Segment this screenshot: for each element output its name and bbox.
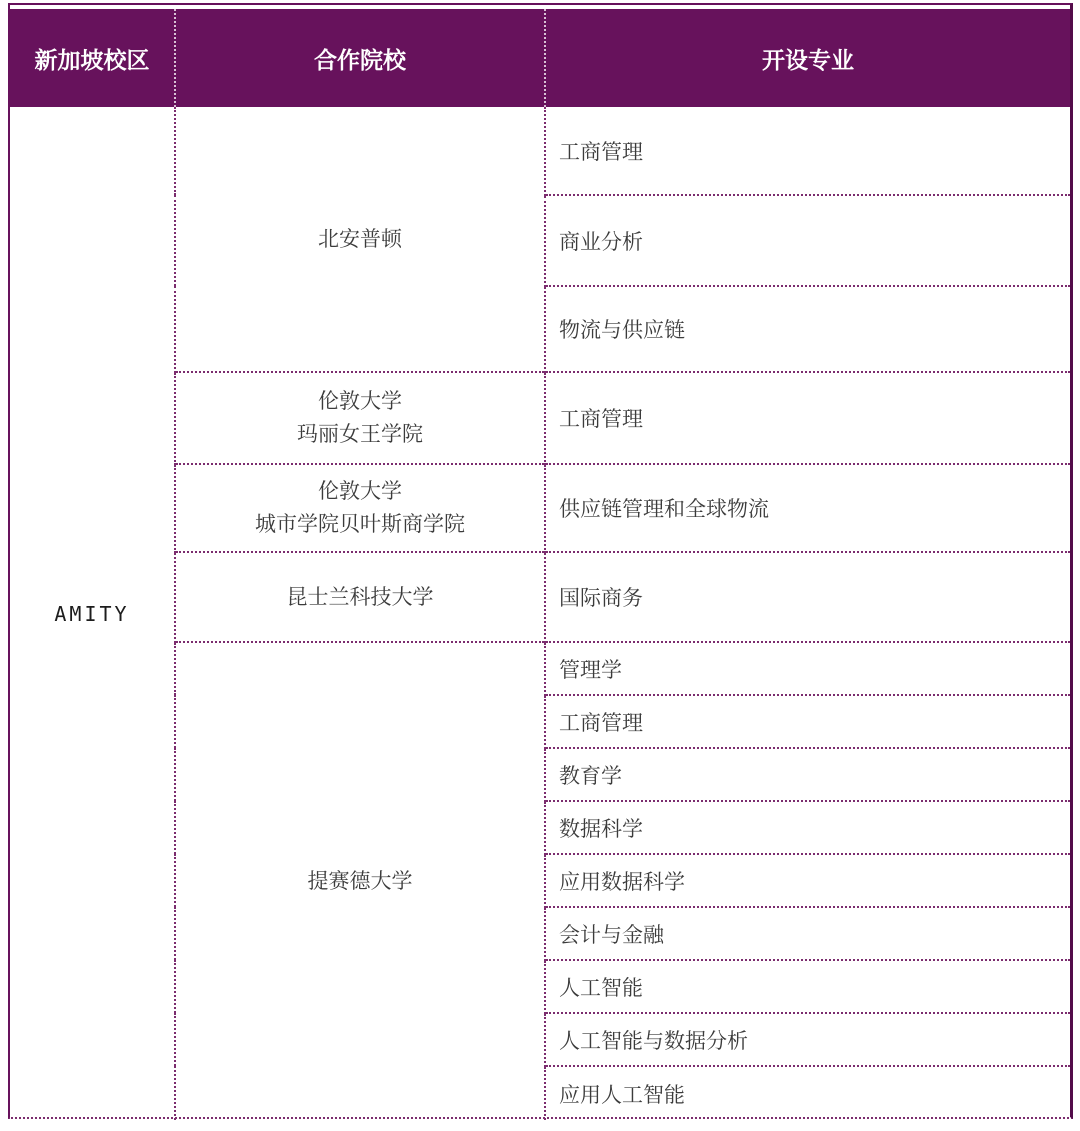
header-cell-institution: 合作院校 — [175, 9, 545, 107]
program-cell: 物流与供应链 — [545, 286, 1070, 372]
program-cell: 数据科学 — [545, 801, 1070, 854]
institution-name: 提赛德大学 — [176, 865, 544, 898]
institution-cell: 伦敦大学 玛丽女王学院 — [175, 372, 545, 464]
header-cell-campus: 新加坡校区 — [10, 9, 175, 107]
header-cell-program: 开设专业 — [545, 9, 1070, 107]
institution-name: 北安普顿 — [176, 223, 544, 256]
program-cell: 教育学 — [545, 748, 1070, 801]
institution-name: 伦敦大学 — [176, 385, 544, 418]
program-cell: 应用人工智能 — [545, 1066, 1070, 1120]
header-row: 新加坡校区 合作院校 开设专业 — [10, 9, 1070, 107]
campus-programs-table: 新加坡校区 合作院校 开设专业 AMITY 北安普顿 工商管理 商业分析 物流与… — [10, 9, 1070, 1120]
program-cell: 供应链管理和全球物流 — [545, 464, 1070, 552]
program-cell: 工商管理 — [545, 107, 1070, 195]
institution-cell: 昆士兰科技大学 — [175, 552, 545, 642]
institution-name-line2: 城市学院贝叶斯商学院 — [176, 508, 544, 541]
institution-cell: 伦敦大学 城市学院贝叶斯商学院 — [175, 464, 545, 552]
program-cell: 会计与金融 — [545, 907, 1070, 960]
table-row: AMITY 北安普顿 工商管理 — [10, 107, 1070, 195]
program-cell: 应用数据科学 — [545, 854, 1070, 907]
institution-name-line2: 玛丽女王学院 — [176, 418, 544, 451]
institution-name: 伦敦大学 — [176, 475, 544, 508]
institution-name: 昆士兰科技大学 — [176, 581, 544, 614]
program-cell: 国际商务 — [545, 552, 1070, 642]
program-cell: 工商管理 — [545, 372, 1070, 464]
institution-cell: 提赛德大学 — [175, 642, 545, 1120]
campus-cell: AMITY — [10, 107, 175, 1120]
program-cell: 人工智能 — [545, 960, 1070, 1013]
program-cell: 管理学 — [545, 642, 1070, 695]
program-cell: 工商管理 — [545, 695, 1070, 748]
table-frame: 新加坡校区 合作院校 开设专业 AMITY 北安普顿 工商管理 商业分析 物流与… — [8, 3, 1073, 1119]
institution-cell: 北安普顿 — [175, 107, 545, 372]
program-cell: 商业分析 — [545, 195, 1070, 286]
program-cell: 人工智能与数据分析 — [545, 1013, 1070, 1066]
